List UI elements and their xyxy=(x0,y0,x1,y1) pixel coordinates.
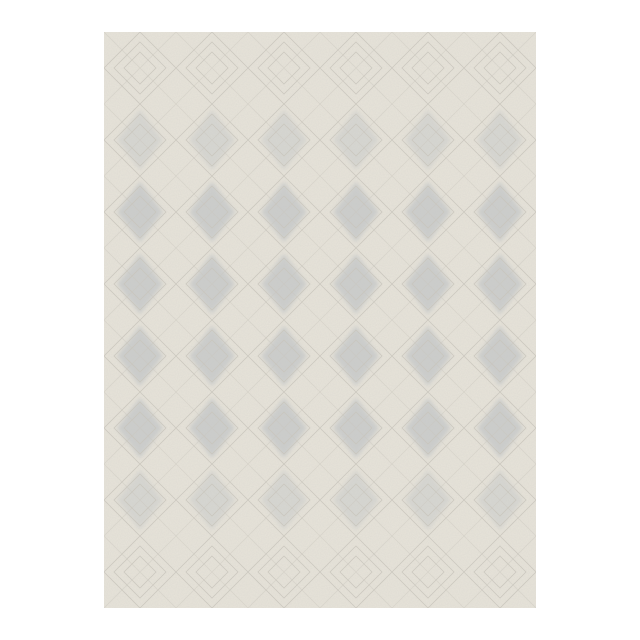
rug-pattern xyxy=(104,32,536,608)
rug xyxy=(104,32,536,608)
